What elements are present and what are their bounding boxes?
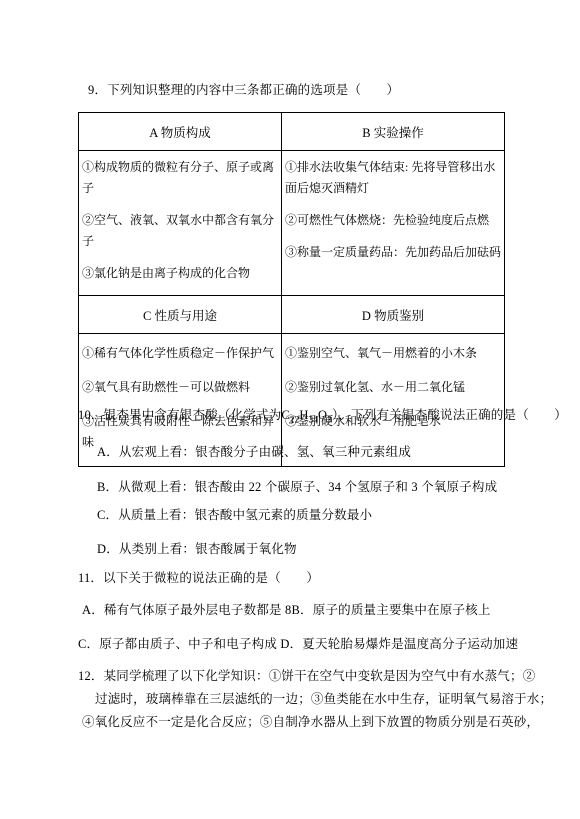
- cell-b-item-1: ①排水法收集气体结束: 先将导管移出水面后熄灭酒精灯: [285, 157, 502, 199]
- question-12-line-1: 12．某同学梳理了以下化学知识：①饼干在空气中变软是因为空气中有水蒸气；②: [78, 669, 535, 684]
- question-11-options-cd: C．原子都由质子、中子和电子构成 D．夏天轮胎易爆炸是温度高分子运动加速: [78, 637, 518, 652]
- q10-stem-before: 10．银杏果中含有银杏酸（化学式为: [78, 408, 281, 422]
- question-10-option-c: C．从质量上看：银杏酸中氢元素的质量分数最小: [97, 508, 372, 523]
- cell-d-item-2: ②鉴别过氧化氢、水－用二氧化锰: [285, 377, 502, 398]
- table-cell-b: ①排水法收集气体结束: 先将导管移出水面后熄灭酒精灯 ②可燃性气体燃烧：先检验纯…: [282, 151, 505, 296]
- exam-page: 9．下列知识整理的内容中三条都正确的选项是（ ） A 物质构成 B 实验操作 ①…: [0, 0, 580, 819]
- chemical-formula: C22H34O3: [281, 408, 332, 422]
- cell-b-item-2: ②可燃性气体燃烧：先检验纯度后点燃: [285, 210, 502, 231]
- cell-c-item-2: ②氧气具有助燃性－可以做燃料: [82, 377, 279, 398]
- cell-a-item-2: ②空气、液氧、双氧水中都含有氧分子: [82, 210, 279, 252]
- cell-c-item-1: ①稀有气体化学性质稳定－作保护气: [82, 343, 279, 364]
- table-row: A 物质构成 B 实验操作: [79, 113, 505, 151]
- question-10-option-b: B．从微观上看：银杏酸由 22 个碳原子、34 个氢原子和 3 个氧原子构成: [97, 480, 497, 495]
- cell-d-item-1: ①鉴别空气、氧气－用燃着的小木条: [285, 343, 502, 364]
- table-header-a: A 物质构成: [79, 113, 282, 151]
- question-10-option-d: D．从类别上看：银杏酸属于氧化物: [97, 542, 297, 557]
- table-header-d: D 物质鉴别: [282, 296, 505, 334]
- table-row: C 性质与用途 D 物质鉴别: [79, 296, 505, 334]
- question-12-line-2: 过滤时，玻璃棒靠在三层滤纸的一边；③鱼类能在水中生存，证明氧气易溶于水；: [95, 692, 552, 707]
- cell-a-item-1: ①构成物质的微粒有分子、原子或离子: [82, 157, 279, 199]
- table-header-b: B 实验操作: [282, 113, 505, 151]
- q10-stem-after: ），下列有关银杏酸说法正确的是（ ）: [332, 408, 567, 422]
- question-10-stem: 10．银杏果中含有银杏酸（化学式为C22H34O3），下列有关银杏酸说法正确的是…: [78, 408, 567, 423]
- table-cell-a: ①构成物质的微粒有分子、原子或离子 ②空气、液氧、双氧水中都含有氧分子 ③氯化钠…: [79, 151, 282, 296]
- table-row: ①构成物质的微粒有分子、原子或离子 ②空气、液氧、双氧水中都含有氧分子 ③氯化钠…: [79, 151, 505, 296]
- cell-b-item-3: ③称量一定质量药品：先加药品后加砝码: [285, 242, 502, 263]
- question-12-line-3: ④氧化反应不一定是化合反应；⑤自制净水器从上到下放置的物质分别是石英砂，: [82, 715, 539, 730]
- question-9-stem: 9．下列知识整理的内容中三条都正确的选项是（ ）: [88, 83, 399, 98]
- question-11-options-ab: A．稀有气体原子最外层电子数都是 8B．原子的质量主要集中在原子核上: [82, 603, 491, 618]
- question-11-stem: 11．以下关于微粒的说法正确的是（ ）: [78, 571, 319, 586]
- table-header-c: C 性质与用途: [79, 296, 282, 334]
- question-10-option-a: A．从宏观上看：银杏酸分子由碳、氢、氧三种元素组成: [97, 445, 411, 460]
- cell-a-item-3: ③氯化钠是由离子构成的化合物: [82, 263, 279, 284]
